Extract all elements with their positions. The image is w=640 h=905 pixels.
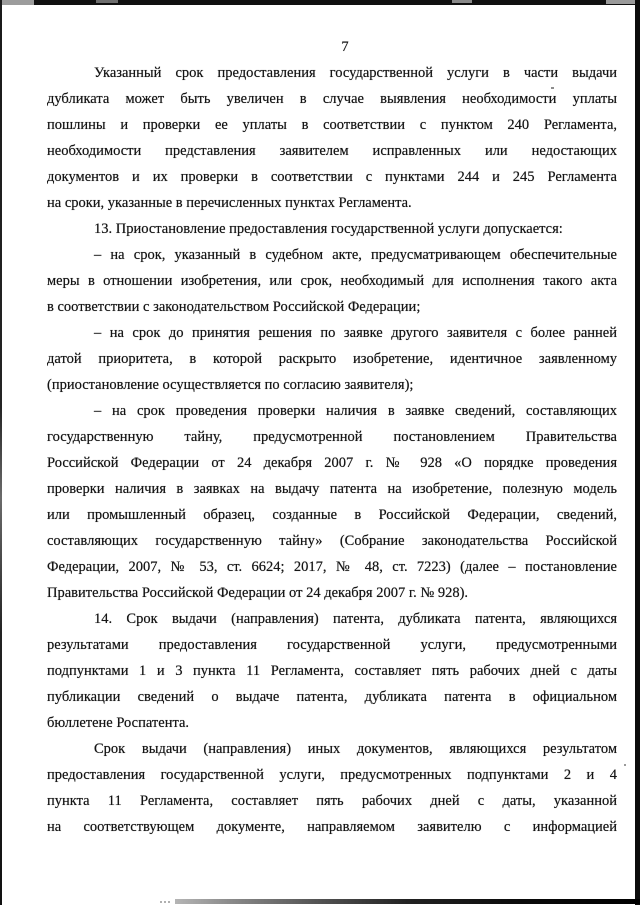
text-line: государственную тайну, предусмотренной п… xyxy=(47,424,617,450)
text-line: проверки наличия в заявках на выдачу пат… xyxy=(47,476,617,502)
page-content: 7 Указанный срок предоставления государс… xyxy=(47,34,617,840)
text-line: Правительства Российской Федерации от 24… xyxy=(47,580,617,606)
text-line: документов и их проверки в соответствии … xyxy=(47,164,617,190)
text-line: Срок выдачи (направления) иных документо… xyxy=(47,736,617,762)
text-line: пункта 11 Регламента, составляет пять ра… xyxy=(47,788,617,814)
text-line: публикации сведений о выдаче патента, ду… xyxy=(47,684,617,710)
text-line: необходимости представления заявителем и… xyxy=(47,138,617,164)
scan-noise xyxy=(0,0,34,5)
text-line: 14. Срок выдачи (направления) патента, д… xyxy=(47,606,617,632)
text-line: составляющих государственную тайну» (Соб… xyxy=(47,528,617,554)
text-line: – на срок проведения проверки наличия в … xyxy=(47,398,617,424)
text-line: пошлины и проверки ее уплаты в соответст… xyxy=(47,112,617,138)
text-line: предоставления государственной услуги, п… xyxy=(47,762,617,788)
scan-edge-left xyxy=(0,0,2,905)
scan-noise xyxy=(452,0,472,3)
scan-edge-right xyxy=(635,0,640,905)
text-line: – на срок, указанный в судебном акте, пр… xyxy=(47,242,617,268)
scan-edge-top xyxy=(0,0,640,5)
text-line: датой приоритета, в которой раскрыто изо… xyxy=(47,346,617,372)
text-line: 13. Приостановление предоставления госуд… xyxy=(47,216,617,242)
text-line: или промышленный образец, созданные в Ро… xyxy=(47,502,617,528)
scan-noise xyxy=(624,764,626,766)
text-line: бюллетене Роспатента. xyxy=(47,710,617,736)
text-line: на сроки, указанные в перечисленных пунк… xyxy=(47,190,617,216)
text-line: (приостановление осуществляется по согла… xyxy=(47,372,617,398)
text-line: – на срок до принятия решения по заявке … xyxy=(47,320,617,346)
text-line: дубликата может быть увеличен в случае в… xyxy=(47,86,617,112)
text-line: меры в отношении изобретения, или срок, … xyxy=(47,268,617,294)
text-line: подпунктами 1 и 3 пункта 11 Регламента, … xyxy=(47,658,617,684)
text-line: результатами предоставления государствен… xyxy=(47,632,617,658)
text-line: Указанный срок предоставления государств… xyxy=(47,60,617,86)
page-number: 7 xyxy=(47,34,617,60)
scan-noise xyxy=(160,901,172,903)
scanned-document-page: 7 Указанный срок предоставления государс… xyxy=(0,0,640,905)
text-line: на соответствующем документе, направляем… xyxy=(47,814,617,840)
scan-noise xyxy=(96,0,118,3)
text-line: в соответствии с законодательством Росси… xyxy=(47,294,617,320)
text-line: Российской Федерации от 24 декабря 2007 … xyxy=(47,450,617,476)
text-line: Федерации, 2007, № 53, ст. 6624; 2017, №… xyxy=(47,554,617,580)
text-body: Указанный срок предоставления государств… xyxy=(47,60,617,840)
scan-edge-bottom xyxy=(175,899,640,904)
